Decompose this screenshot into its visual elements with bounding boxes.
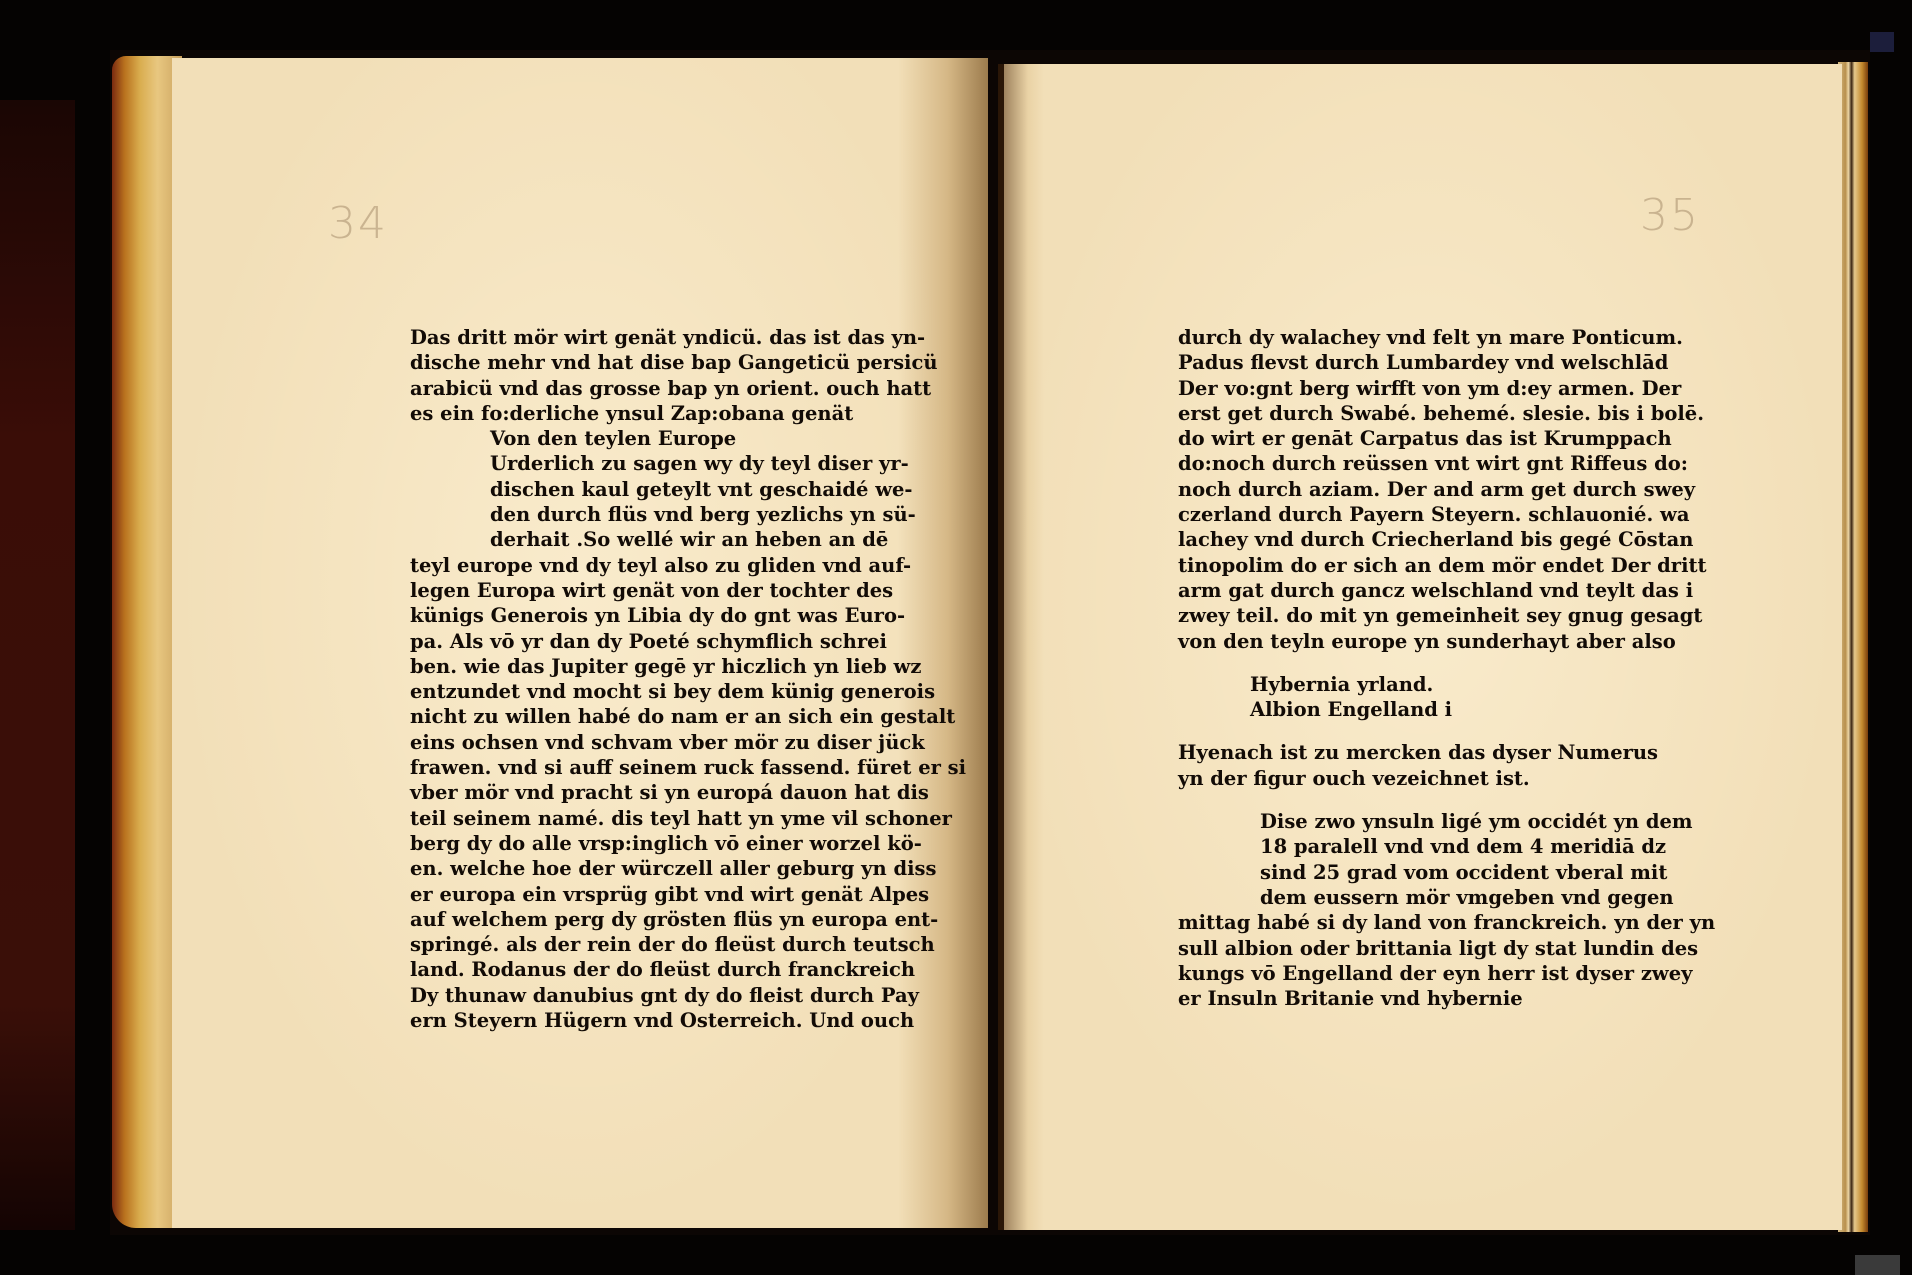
text-line: en. welche hoe der würczell aller geburg… <box>410 856 840 881</box>
text-line: teyl europe vnd dy teyl also zu gliden v… <box>410 553 840 578</box>
text-line: do:noch durch reüssen vnt wirt gnt Riffe… <box>1178 451 1593 476</box>
text-line: legen Europa wirt genät von der tochter … <box>410 578 840 603</box>
right-page-edges <box>1838 62 1868 1232</box>
text-line: künigs Generois yn Libia dy do gnt was E… <box>410 603 840 628</box>
spacer <box>1178 791 1593 809</box>
text-line: ben. wie das Jupiter gegē yr hiczlich yn… <box>410 654 840 679</box>
text-line: derhait .So wellé wir an heben an dē <box>410 527 840 552</box>
text-line: lachey vnd durch Criecherland bis gegé C… <box>1178 527 1593 552</box>
left-page-number: 34 <box>328 198 388 249</box>
text-line: ern Steyern Hügern vnd Osterreich. Und o… <box>410 1008 840 1033</box>
place-heading-albion: Albion Engelland i <box>1178 697 1593 722</box>
text-line: dische mehr vnd hat dise bap Gangeticü p… <box>410 350 840 375</box>
text-line: arm gat durch gancz welschland vnd teylt… <box>1178 578 1593 603</box>
note-line: yn der figur ouch vezeichnet ist. <box>1178 766 1593 791</box>
text-line: auf welchem perg dy grösten flüs yn euro… <box>410 907 840 932</box>
place-heading-hybernia: Hybernia yrland. <box>1178 672 1593 697</box>
text-line: land. Rodanus der do fleüst durch franck… <box>410 957 840 982</box>
text-line: pa. Als vō yr dan dy Poeté schymflich sc… <box>410 629 840 654</box>
section-heading: Von den teylen Europe <box>410 426 840 451</box>
text-line: springé. als der rein der do fleüst durc… <box>410 932 840 957</box>
text-line: nicht zu willen habé do nam er an sich e… <box>410 704 840 729</box>
text-line: vber mör vnd pracht si yn europá dauon h… <box>410 780 840 805</box>
text-line: Dy thunaw danubius gnt dy do fleist durc… <box>410 983 840 1008</box>
text-line: entzundet vnd mocht si bey dem künig gen… <box>410 679 840 704</box>
text-line: arabicü vnd das grosse bap yn orient. ou… <box>410 376 840 401</box>
text-line: teil seinem namé. dis teyl hatt yn yme v… <box>410 806 840 831</box>
text-line: noch durch aziam. Der and arm get durch … <box>1178 477 1593 502</box>
text-line: tinopolim do er sich an dem mör endet De… <box>1178 553 1593 578</box>
text-line: den durch flüs vnd berg yezlichs yn sü- <box>410 502 840 527</box>
text-line: er europa ein vrsprüg gibt vnd wirt genä… <box>410 882 840 907</box>
text-line: frawen. vnd si auff seinem ruck fassend.… <box>410 755 840 780</box>
text-line: zwey teil. do mit yn gemeinheit sey gnug… <box>1178 603 1593 628</box>
paragraph-line: dem eussern mör vmgeben vnd gegen <box>1178 885 1593 910</box>
scan-corner-mark <box>1870 32 1894 52</box>
paragraph-line: sind 25 grad vom occident vberal mit <box>1178 860 1593 885</box>
right-gutter-shadow <box>1004 64 1044 1230</box>
text-line: von den teyln europe yn sunderhayt aber … <box>1178 629 1593 654</box>
text-line: Padus flevst durch Lumbardey vnd welschl… <box>1178 350 1593 375</box>
background-cloth <box>0 100 75 1230</box>
text-line: Der vo:gnt berg wirfft von ym d:ey armen… <box>1178 376 1593 401</box>
text-line: do wirt er genāt Carpatus das ist Krumpp… <box>1178 426 1593 451</box>
text-line: berg dy do alle vrsp:inglich vō einer wo… <box>410 831 840 856</box>
left-gutter-shadow <box>898 58 988 1228</box>
text-line: Das dritt mör wirt genät yndicü. das ist… <box>410 325 840 350</box>
text-line: dischen kaul geteylt vnt geschaidé we- <box>410 477 840 502</box>
text-line: erst get durch Swabé. behemé. slesie. bi… <box>1178 401 1593 426</box>
spacer <box>1178 722 1593 740</box>
scan-bottom-strip <box>1855 1255 1900 1275</box>
paragraph-line: sull albion oder brittania ligt dy stat … <box>1178 936 1593 961</box>
text-line: czerland durch Payern Steyern. schlauoni… <box>1178 502 1593 527</box>
text-line: Urderlich zu sagen wy dy teyl diser yr- <box>410 451 840 476</box>
left-page-text: Das dritt mör wirt genät yndicü. das ist… <box>410 325 840 1033</box>
spacer <box>1178 654 1593 672</box>
paragraph-line: 18 paralell vnd vnd dem 4 meridiā dz <box>1178 834 1593 859</box>
paragraph-line: Dise zwo ynsuln ligé ym occidét yn dem <box>1178 809 1593 834</box>
paragraph-line: er Insuln Britanie vnd hybernie <box>1178 986 1593 1011</box>
text-line: es ein fo:derliche ynsul Zap:obana genät <box>410 401 840 426</box>
note-line: Hyenach ist zu mercken das dyser Numerus <box>1178 740 1593 765</box>
right-page-number: 35 <box>1640 190 1700 241</box>
paragraph-line: kungs vō Engelland der eyn herr ist dyse… <box>1178 961 1593 986</box>
text-line: durch dy walachey vnd felt yn mare Ponti… <box>1178 325 1593 350</box>
right-page-text: durch dy walachey vnd felt yn mare Ponti… <box>1178 325 1593 1011</box>
paragraph-line: mittag habé si dy land von franckreich. … <box>1178 910 1593 935</box>
text-line: eins ochsen vnd schvam vber mör zu diser… <box>410 730 840 755</box>
